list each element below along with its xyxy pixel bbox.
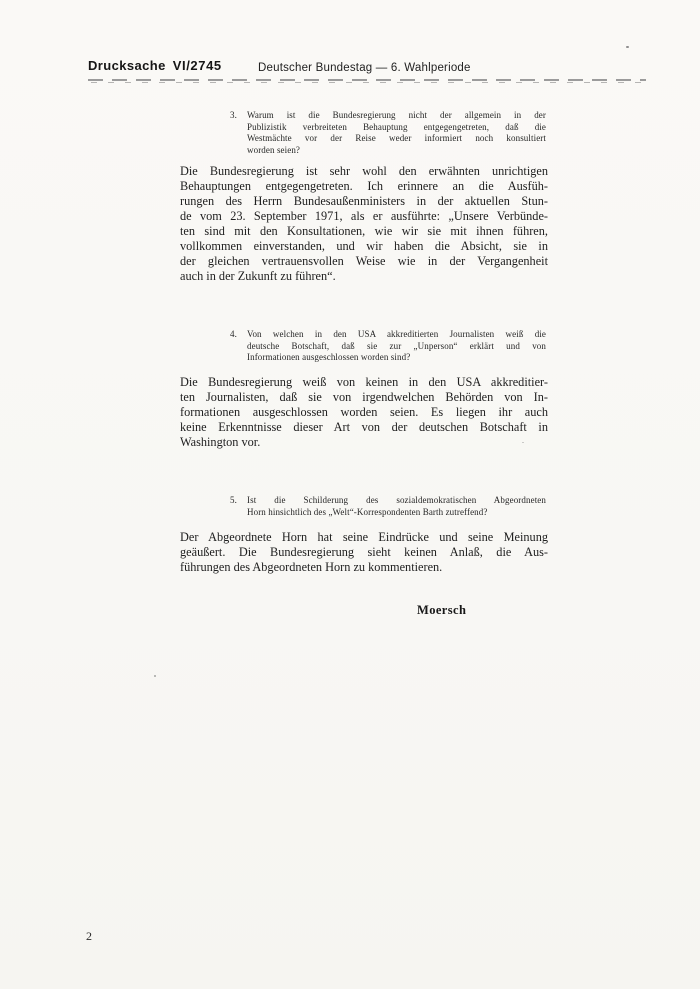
header-center-title: Deutscher Bundestag — 6. Wahlperiode (258, 61, 471, 75)
answer-line: de vom 23. September 1971, als er ausfüh… (180, 209, 548, 224)
scan-speck (522, 442, 524, 443)
question-line: Warum ist die Bundesregierung nicht der … (247, 110, 546, 122)
question-text: Ist die Schilderung des sozialdemokratis… (247, 495, 546, 518)
answer-line: ten sind mit den Konsultationen, wie wir… (180, 224, 548, 239)
question-block-5: 5.Ist die Schilderung des sozialdemokrat… (230, 495, 546, 518)
question-number: 4. (230, 329, 247, 364)
question-line: Ist die Schilderung des sozialdemokratis… (247, 495, 546, 507)
scan-speck (626, 46, 629, 48)
question-line: deutsche Botschaft, daß sie zur „Unperso… (247, 341, 546, 353)
answer-line: vollkommen einverstanden, und wir haben … (180, 239, 548, 254)
question-line: worden seien? (247, 145, 546, 157)
answer-line: Washington vor. (180, 435, 548, 450)
question-number: 5. (230, 495, 247, 518)
question-number: 3. (230, 110, 247, 156)
header-rule (88, 79, 646, 83)
answer-block-3: Die Bundesregierung ist sehr wohl den er… (180, 164, 548, 284)
answer-line: ten Journalisten, daß sie von irgendwelc… (180, 390, 548, 405)
question-block-4: 4.Von welchen in den USA akkreditierten … (230, 329, 546, 364)
answer-line: formationen ausgeschlossen worden seien.… (180, 405, 548, 420)
signature-name: Moersch (417, 603, 466, 618)
answer-line: Die Bundesregierung weiß von keinen in d… (180, 375, 548, 390)
answer-line: keine Erkenntnisse dieser Art von der de… (180, 420, 548, 435)
answer-line: Der Abgeordnete Horn hat seine Eindrücke… (180, 530, 548, 545)
doc-number-value: VI/2745 (173, 58, 222, 73)
answer-line: Die Bundesregierung ist sehr wohl den er… (180, 164, 548, 179)
doc-kind-label: Drucksache (88, 58, 166, 73)
doc-number: DrucksacheVI/2745 (88, 58, 222, 73)
answer-line: rungen des Herrn Bundesaußenministers in… (180, 194, 548, 209)
question-line: Westmächte vor der Reise weder informier… (247, 133, 546, 145)
document-page: DrucksacheVI/2745 Deutscher Bundestag — … (0, 0, 700, 989)
answer-line: auch in der Zukunft zu führen“. (180, 269, 548, 284)
question-text: Warum ist die Bundesregierung nicht der … (247, 110, 546, 156)
question-line: Horn hinsichtlich des „Welt“-Korresponde… (247, 507, 546, 519)
answer-line: Behauptungen entgegengetreten. Ich erinn… (180, 179, 548, 194)
question-line: Publizistik verbreiteten Behauptung entg… (247, 122, 546, 134)
answer-block-4: Die Bundesregierung weiß von keinen in d… (180, 375, 548, 450)
answer-line: der gleichen vertrauensvollen Weise wie … (180, 254, 548, 269)
page-number: 2 (86, 929, 92, 944)
question-line: Von welchen in den USA akkreditierten Jo… (247, 329, 546, 341)
question-block-3: 3.Warum ist die Bundesregierung nicht de… (230, 110, 546, 156)
scan-speck (154, 675, 156, 677)
answer-line: führungen des Abgeordneten Horn zu komme… (180, 560, 548, 575)
answer-line: geäußert. Die Bundesregierung sieht kein… (180, 545, 548, 560)
answer-block-5: Der Abgeordnete Horn hat seine Eindrücke… (180, 530, 548, 575)
question-line: Informationen ausgeschlossen worden sind… (247, 352, 546, 364)
question-text: Von welchen in den USA akkreditierten Jo… (247, 329, 546, 364)
